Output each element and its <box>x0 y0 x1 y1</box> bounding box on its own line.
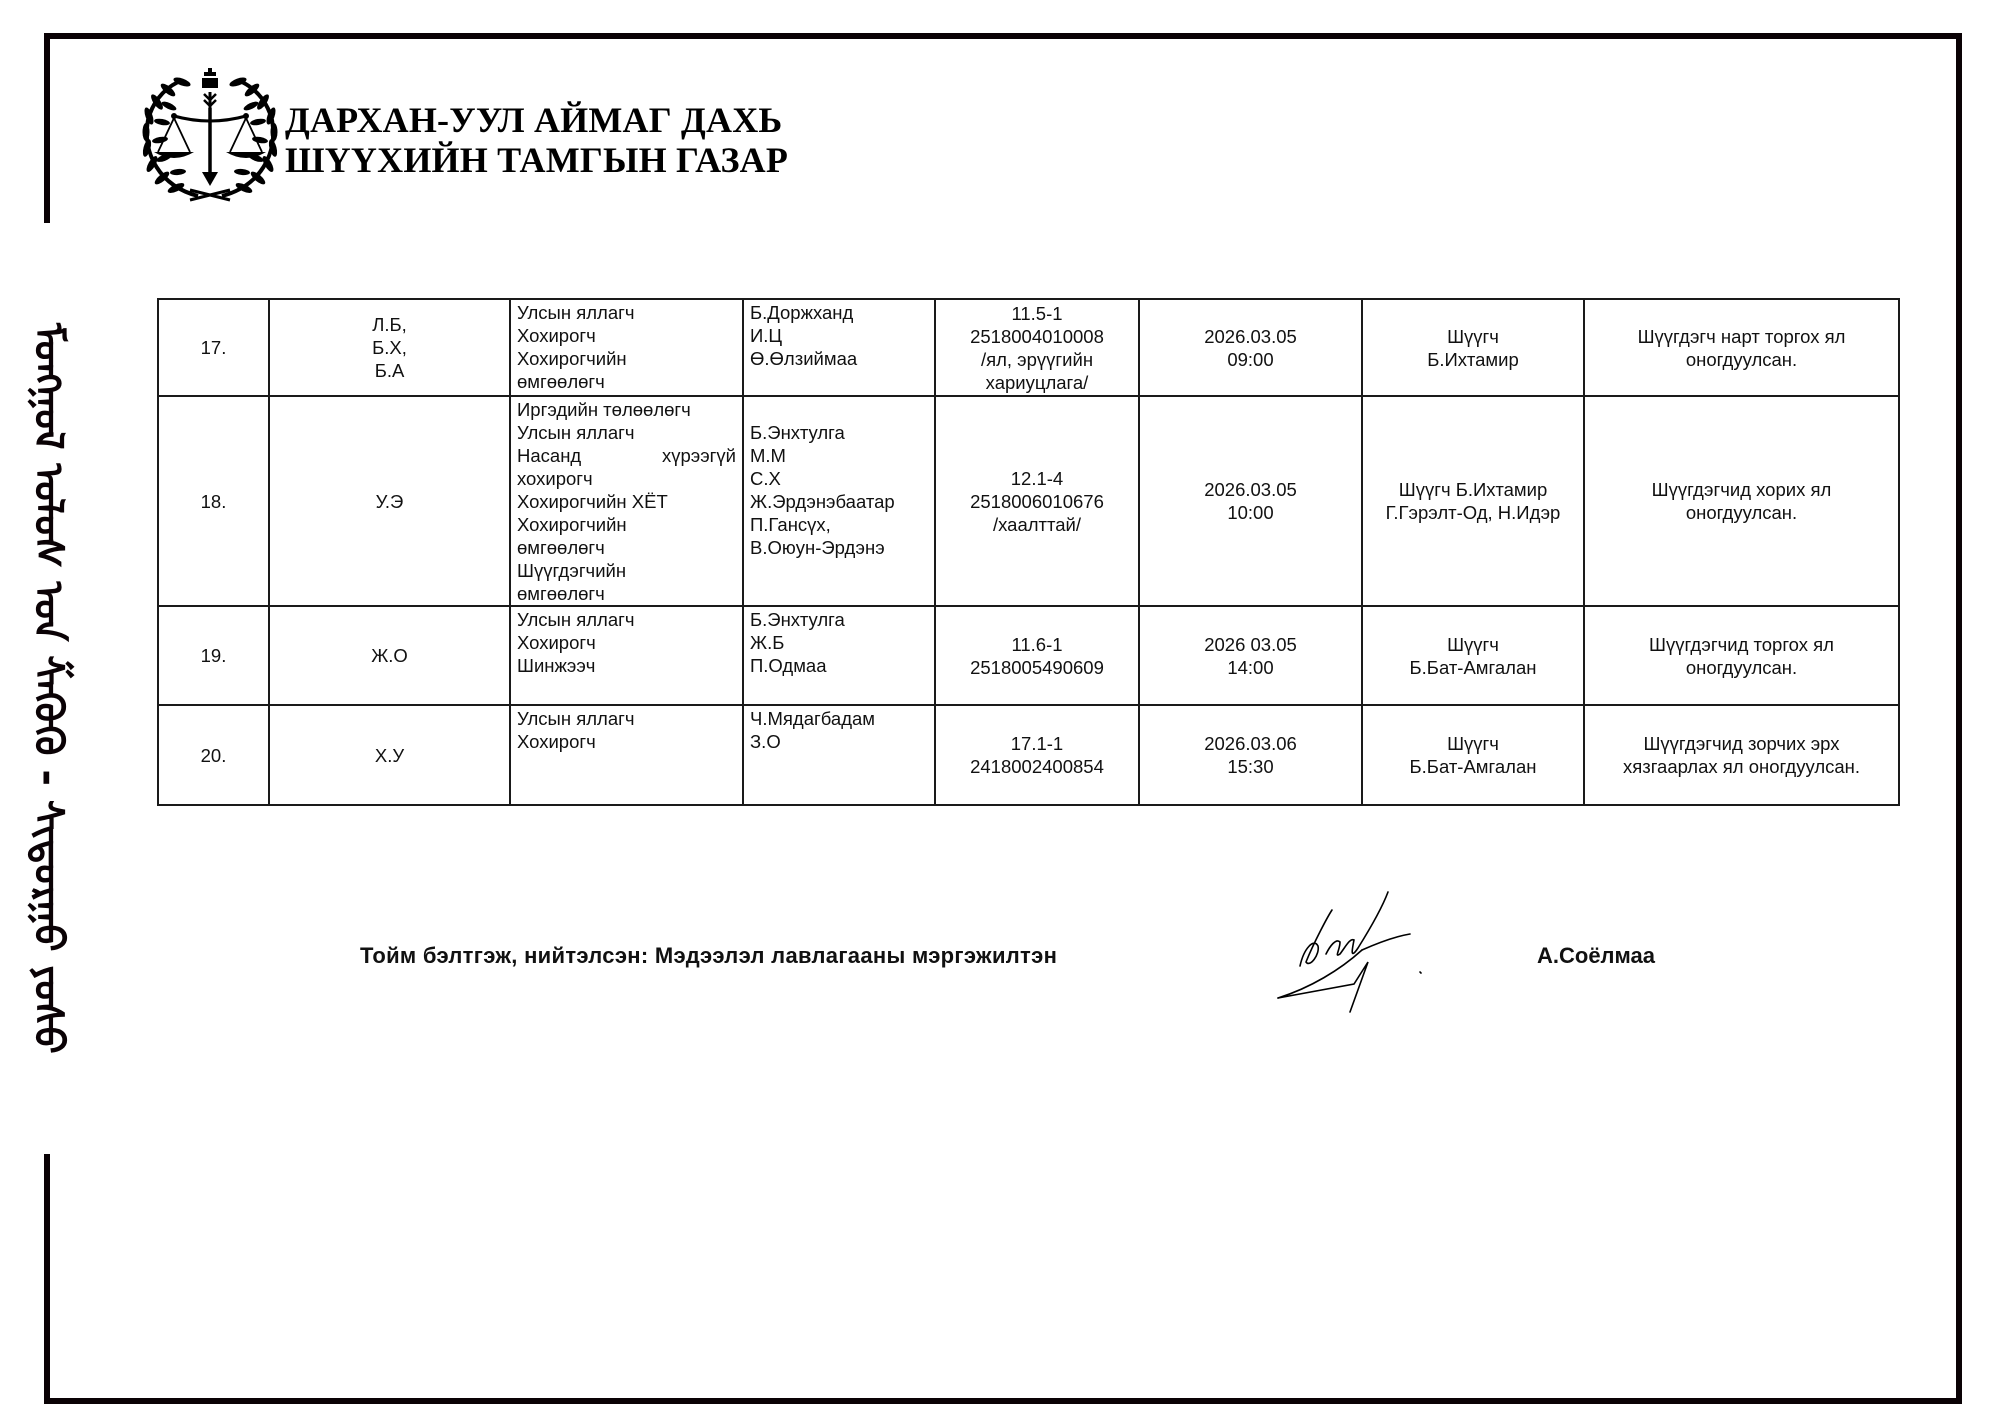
participants-line: Иргэдийн төлөөлөгч <box>517 398 736 421</box>
verdict-cell: Шүүгдэгчид хорих ялоногдуулсан. <box>1584 396 1899 606</box>
hearing-schedule-table: 17.Л.Б,Б.Х,Б.АУлсын яллагчХохирогчХохиро… <box>157 298 1900 806</box>
case-number-line: 12.1-4 <box>942 467 1132 490</box>
judge-cell: Шүүгч Б.ИхтамирГ.Гэрэлт-Од, Н.Идэр <box>1362 396 1584 606</box>
participants-line: хохирогч <box>517 467 736 490</box>
participant-names-cell: Б.ДоржхандИ.ЦӨ.Өлзиймаа <box>743 299 935 396</box>
case-number-cell: 11.6-12518005490609 <box>935 606 1139 705</box>
judge-line: Б.Бат-Амгалан <box>1369 755 1577 778</box>
hearing-datetime-line: 10:00 <box>1146 501 1355 524</box>
mongolian-script-text: ᠮᠣᠩᠭᠣᠯ ᠤᠯᠤᠰ ᠤᠨ ᠱᠡᠭᠦᠬᠦ - ᠰᠢᠳᠤᠷᠭᠤ ᠶᠣᠰᠤ <box>13 323 83 1054</box>
defendant-line: Б.А <box>276 359 503 382</box>
case-number-line: 17.1-1 <box>942 732 1132 755</box>
verdict-line: оногдуулсан. <box>1591 656 1892 679</box>
page-border-left-upper <box>44 33 50 223</box>
table-row: 18.У.ЭИргэдийн төлөөлөгчУлсын яллагчНаса… <box>158 396 1899 606</box>
handwritten-signature-icon <box>1270 888 1450 1013</box>
case-number-cell: 12.1-42518006010676/хаалттай/ <box>935 396 1139 606</box>
participant-names-line: Ө.Өлзиймаа <box>750 347 928 370</box>
participants-line: Улсын яллагч <box>517 421 736 444</box>
defendant-line: Л.Б, <box>276 313 503 336</box>
verdict-cell: Шүүгдэгч нарт торгох ялоногдуулсан. <box>1584 299 1899 396</box>
judge-line: Шүүгч <box>1369 633 1577 656</box>
verdict-line: оногдуулсан. <box>1591 501 1892 524</box>
judge-cell: ШүүгчБ.Ихтамир <box>1362 299 1584 396</box>
case-number-line: /ял, эрүүгийн <box>942 348 1132 371</box>
page-border-bottom <box>44 1398 1962 1404</box>
judge-line: Шүүгч <box>1369 325 1577 348</box>
hearing-datetime-cell: 2026.03.0510:00 <box>1139 396 1362 606</box>
participant-names-cell: Б.ЭнхтулгаЖ.БП.Одмаа <box>743 606 935 705</box>
verdict-line: Шүүгдэгчид зорчих эрх <box>1591 732 1892 755</box>
org-name-line-1: ДАРХАН-УУЛ АЙМАГ ДАХЬ <box>285 100 788 140</box>
verdict-line: Шүүгдэгчид торгох ял <box>1591 633 1892 656</box>
participants-line: Шинжээч <box>517 654 736 677</box>
participant-names-line: П.Гансүх, <box>750 513 928 536</box>
participant-names-cell: Б.ЭнхтулгаМ.МС.ХЖ.ЭрдэнэбаатарП.Гансүх,В… <box>743 396 935 606</box>
row-number-text: 17. <box>201 337 227 358</box>
verdict-cell: Шүүгдэгчид зорчих эрххязгаарлах ял оногд… <box>1584 705 1899 805</box>
verdict-line: Шүүгдэгч нарт торгох ял <box>1591 325 1892 348</box>
case-number-cell: 17.1-12418002400854 <box>935 705 1139 805</box>
participants-line: Хохирогч <box>517 324 736 347</box>
row-number-cell: 18. <box>158 396 269 606</box>
defendant-cell: У.Э <box>269 396 510 606</box>
participants-line: Шүүгдэгчийн <box>517 559 736 582</box>
defendant-line: Б.Х, <box>276 336 503 359</box>
participants-line: Насандхүрээгүй <box>517 444 736 467</box>
case-number-line: 2518004010008 <box>942 325 1132 348</box>
case-number-line: 11.6-1 <box>942 633 1132 656</box>
participant-names-line: Ч.Мядагбадам <box>750 707 928 730</box>
participants-line: өмгөөлөгч <box>517 582 736 605</box>
participants-line: Улсын яллагч <box>517 707 736 730</box>
participant-names-line <box>750 398 928 421</box>
case-number-line: 2418002400854 <box>942 755 1132 778</box>
participants-line: Улсын яллагч <box>517 301 736 324</box>
signer-name: А.Соёлмаа <box>1537 943 1655 969</box>
judge-cell: ШүүгчБ.Бат-Амгалан <box>1362 606 1584 705</box>
page-border-right <box>1956 33 1962 1404</box>
judge-line: Шүүгч Б.Ихтамир <box>1369 478 1577 501</box>
judge-line: Г.Гэрэлт-Од, Н.Идэр <box>1369 501 1577 524</box>
hearing-datetime-line: 14:00 <box>1146 656 1355 679</box>
defendant-cell: Х.У <box>269 705 510 805</box>
participants-cell: Улсын яллагчХохирогчШинжээч <box>510 606 743 705</box>
row-number-cell: 19. <box>158 606 269 705</box>
case-number-line: 11.5-1 <box>942 302 1132 325</box>
hearing-datetime-line: 2026.03.06 <box>1146 732 1355 755</box>
participant-names-cell: Ч.МядагбадамЗ.О <box>743 705 935 805</box>
participants-line: өмгөөлөгч <box>517 370 736 393</box>
participants-line: Хохирогчийн <box>517 513 736 536</box>
participant-names-line: В.Оюун-Эрдэнэ <box>750 536 928 559</box>
verdict-line: Шүүгдэгчид хорих ял <box>1591 478 1892 501</box>
participants-line: өмгөөлөгч <box>517 536 736 559</box>
participant-names-line: Б.Доржханд <box>750 301 928 324</box>
participant-names-line: Ж.Б <box>750 631 928 654</box>
hearing-datetime-line: 2026 03.05 <box>1146 633 1355 656</box>
participants-cell: Улсын яллагчХохирогчХохирогчийнөмгөөлөгч <box>510 299 743 396</box>
defendant-line: Х.У <box>276 744 503 767</box>
page-border-left-lower <box>44 1154 50 1404</box>
participants-line: Улсын яллагч <box>517 608 736 631</box>
vertical-mongolian-script: ᠮᠣᠩᠭᠣᠯ ᠤᠯᠤᠰ ᠤᠨ ᠱᠡᠭᠦᠬᠦ - ᠰᠢᠳᠤᠷᠭᠤ ᠶᠣᠰᠤ <box>18 228 78 1148</box>
table-row: 17.Л.Б,Б.Х,Б.АУлсын яллагчХохирогчХохиро… <box>158 299 1899 396</box>
judge-cell: ШүүгчБ.Бат-Амгалан <box>1362 705 1584 805</box>
case-number-line: 2518006010676 <box>942 490 1132 513</box>
verdict-cell: Шүүгдэгчид торгох ялоногдуулсан. <box>1584 606 1899 705</box>
participants-line: Хохирогч <box>517 631 736 654</box>
participants-line: Хохирогчийн ХЁТ <box>517 490 736 513</box>
participant-names-line: М.М <box>750 444 928 467</box>
case-number-line: 2518005490609 <box>942 656 1132 679</box>
org-name-line-2: ШҮҮХИЙН ТАМГЫН ГАЗАР <box>285 140 788 180</box>
participants-cell: Иргэдийн төлөөлөгчУлсын яллагчНасандхүрэ… <box>510 396 743 606</box>
participant-names-line: Б.Энхтулга <box>750 421 928 444</box>
row-number-cell: 20. <box>158 705 269 805</box>
defendant-line: У.Э <box>276 490 503 513</box>
table-row: 20.Х.УУлсын яллагчХохирогчЧ.МядагбадамЗ.… <box>158 705 1899 805</box>
hearing-datetime-line: 2026.03.05 <box>1146 325 1355 348</box>
organization-name: ДАРХАН-УУЛ АЙМАГ ДАХЬ ШҮҮХИЙН ТАМГЫН ГАЗ… <box>285 100 788 180</box>
hearing-datetime-line: 15:30 <box>1146 755 1355 778</box>
participant-names-line: З.О <box>750 730 928 753</box>
case-number-cell: 11.5-12518004010008/ял, эрүүгийнхариуцла… <box>935 299 1139 396</box>
case-number-line: /хаалттай/ <box>942 513 1132 536</box>
participant-names-line: Ж.Эрдэнэбаатар <box>750 490 928 513</box>
judge-line: Б.Ихтамир <box>1369 348 1577 371</box>
row-number-cell: 17. <box>158 299 269 396</box>
court-emblem-icon <box>138 68 282 208</box>
defendant-line: Ж.О <box>276 644 503 667</box>
prepared-by-label: Тойм бэлтгэж, нийтэлсэн: Мэдээлэл лавлаг… <box>360 943 1057 969</box>
participants-cell: Улсын яллагчХохирогч <box>510 705 743 805</box>
row-number-text: 18. <box>201 491 227 512</box>
hearing-datetime-line: 09:00 <box>1146 348 1355 371</box>
page-border-top <box>44 33 1962 39</box>
participants-line: Хохирогчийн <box>517 347 736 370</box>
hearing-datetime-cell: 2026.03.0509:00 <box>1139 299 1362 396</box>
verdict-line: оногдуулсан. <box>1591 348 1892 371</box>
defendant-cell: Ж.О <box>269 606 510 705</box>
judge-line: Б.Бат-Амгалан <box>1369 656 1577 679</box>
participant-names-line: С.Х <box>750 467 928 490</box>
row-number-text: 19. <box>201 645 227 666</box>
hearing-datetime-cell: 2026 03.0514:00 <box>1139 606 1362 705</box>
participants-line: Хохирогч <box>517 730 736 753</box>
participant-names-line: И.Ц <box>750 324 928 347</box>
participant-names-line: П.Одмаа <box>750 654 928 677</box>
row-number-text: 20. <box>201 745 227 766</box>
defendant-cell: Л.Б,Б.Х,Б.А <box>269 299 510 396</box>
table-row: 19.Ж.ОУлсын яллагчХохирогчШинжээчБ.Энхту… <box>158 606 1899 705</box>
judge-line: Шүүгч <box>1369 732 1577 755</box>
case-number-line: хариуцлага/ <box>942 371 1132 394</box>
hearing-datetime-cell: 2026.03.0615:30 <box>1139 705 1362 805</box>
hearing-datetime-line: 2026.03.05 <box>1146 478 1355 501</box>
verdict-line: хязгаарлах ял оногдуулсан. <box>1591 755 1892 778</box>
participant-names-line: Б.Энхтулга <box>750 608 928 631</box>
